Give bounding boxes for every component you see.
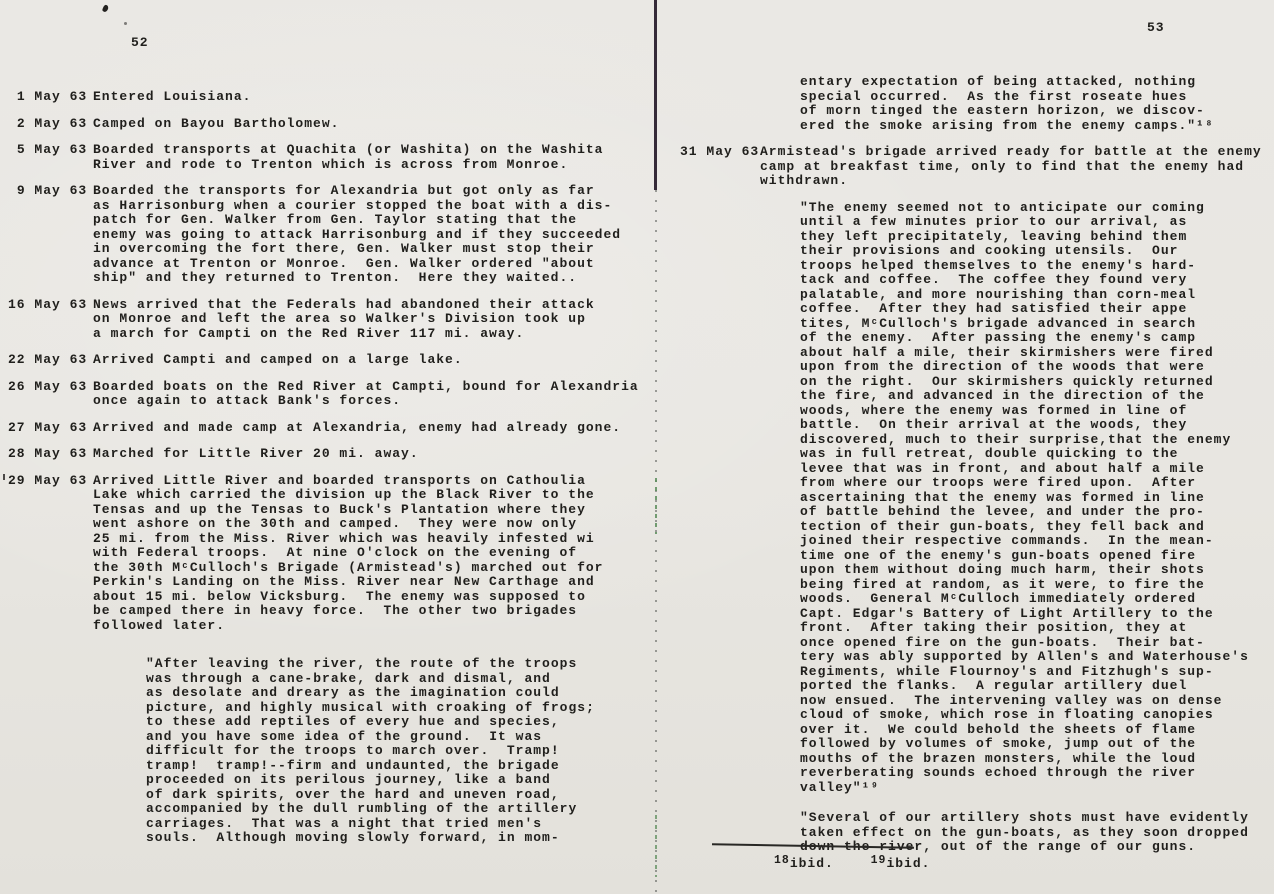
entry-date: 31 May 63 xyxy=(680,145,760,189)
gutter-line-green-mark xyxy=(655,815,657,877)
block-quote: "After leaving the river, the route of t… xyxy=(146,657,626,846)
page-number-right: 53 xyxy=(1147,21,1165,36)
entry-text: Boarded transports at Quachita (or Washi… xyxy=(93,143,652,172)
diary-entry: 22 May 63 Arrived Campti and camped on a… xyxy=(8,353,652,368)
footnotes: 18ibid. 19ibid. xyxy=(774,857,930,873)
footnote-marker: 18 xyxy=(774,854,790,867)
diary-entry: 31 May 63 Armistead's brigade arrived re… xyxy=(660,145,1272,189)
footnote-19: 19ibid. xyxy=(871,856,931,871)
entry-date: 1 May 63 xyxy=(8,90,93,105)
entry-date: 16 May 63 xyxy=(8,298,93,342)
entry-text: Boarded the transports for Alexandria bu… xyxy=(93,184,652,286)
entry-text: Arrived and made camp at Alexandria, ene… xyxy=(93,421,652,436)
entry-date: 27 May 63 xyxy=(8,421,93,436)
footnote-text: ibid. xyxy=(790,856,834,871)
quote-continuation: entary expectation of being attacked, no… xyxy=(800,75,1260,133)
diary-entry: 27 May 63 Arrived and made camp at Alexa… xyxy=(8,421,652,436)
ink-speck xyxy=(102,4,109,12)
diary-entry: 5 May 63 Boarded transports at Quachita … xyxy=(8,143,652,172)
ink-speck xyxy=(3,474,5,480)
page-52-content: 1 May 63 Entered Louisiana. 2 May 63 Cam… xyxy=(8,90,652,846)
footnote-text: ibid. xyxy=(886,856,930,871)
footnote-18: 18ibid. xyxy=(774,856,834,871)
entry-date: 28 May 63 xyxy=(8,447,93,462)
entry-text: Armistead's brigade arrived ready for ba… xyxy=(760,145,1272,189)
entry-text: Entered Louisiana. xyxy=(93,90,652,105)
diary-entry: 2 May 63 Camped on Bayou Bartholomew. xyxy=(8,117,652,132)
entry-text: News arrived that the Federals had aband… xyxy=(93,298,652,342)
entry-text: Boarded boats on the Red River at Campti… xyxy=(93,380,652,409)
entry-date: 26 May 63 xyxy=(8,380,93,409)
entry-date: 9 May 63 xyxy=(8,184,93,286)
diary-entry: 28 May 63 Marched for Little River 20 mi… xyxy=(8,447,652,462)
gutter-line-top xyxy=(654,0,657,190)
gutter-line-green-mark xyxy=(655,478,657,534)
ink-speck xyxy=(124,22,127,25)
gutter-line-dashed xyxy=(655,190,657,894)
entry-text: Arrived Campti and camped on a large lak… xyxy=(93,353,652,368)
entry-date: 29 May 63 xyxy=(8,474,93,634)
diary-entry: 1 May 63 Entered Louisiana. xyxy=(8,90,652,105)
entry-text: Camped on Bayou Bartholomew. xyxy=(93,117,652,132)
entry-date: 5 May 63 xyxy=(8,143,93,172)
entry-text: Arrived Little River and boarded transpo… xyxy=(93,474,652,634)
entry-text: Marched for Little River 20 mi. away. xyxy=(93,447,652,462)
footnote-marker: 19 xyxy=(871,854,887,867)
diary-entry: 9 May 63 Boarded the transports for Alex… xyxy=(8,184,652,286)
block-quote: "The enemy seemed not to anticipate our … xyxy=(800,201,1266,796)
book-spread-scan: 52 53 1 May 63 Entered Louisiana. 2 May … xyxy=(0,0,1274,894)
diary-entry: 29 May 63 Arrived Little River and board… xyxy=(8,474,652,634)
diary-entry: 26 May 63 Boarded boats on the Red River… xyxy=(8,380,652,409)
entry-date: 2 May 63 xyxy=(8,117,93,132)
page-53-content: entary expectation of being attacked, no… xyxy=(660,75,1272,855)
entry-date: 22 May 63 xyxy=(8,353,93,368)
page-number-left: 52 xyxy=(131,36,149,51)
diary-entry: 16 May 63 News arrived that the Federals… xyxy=(8,298,652,342)
